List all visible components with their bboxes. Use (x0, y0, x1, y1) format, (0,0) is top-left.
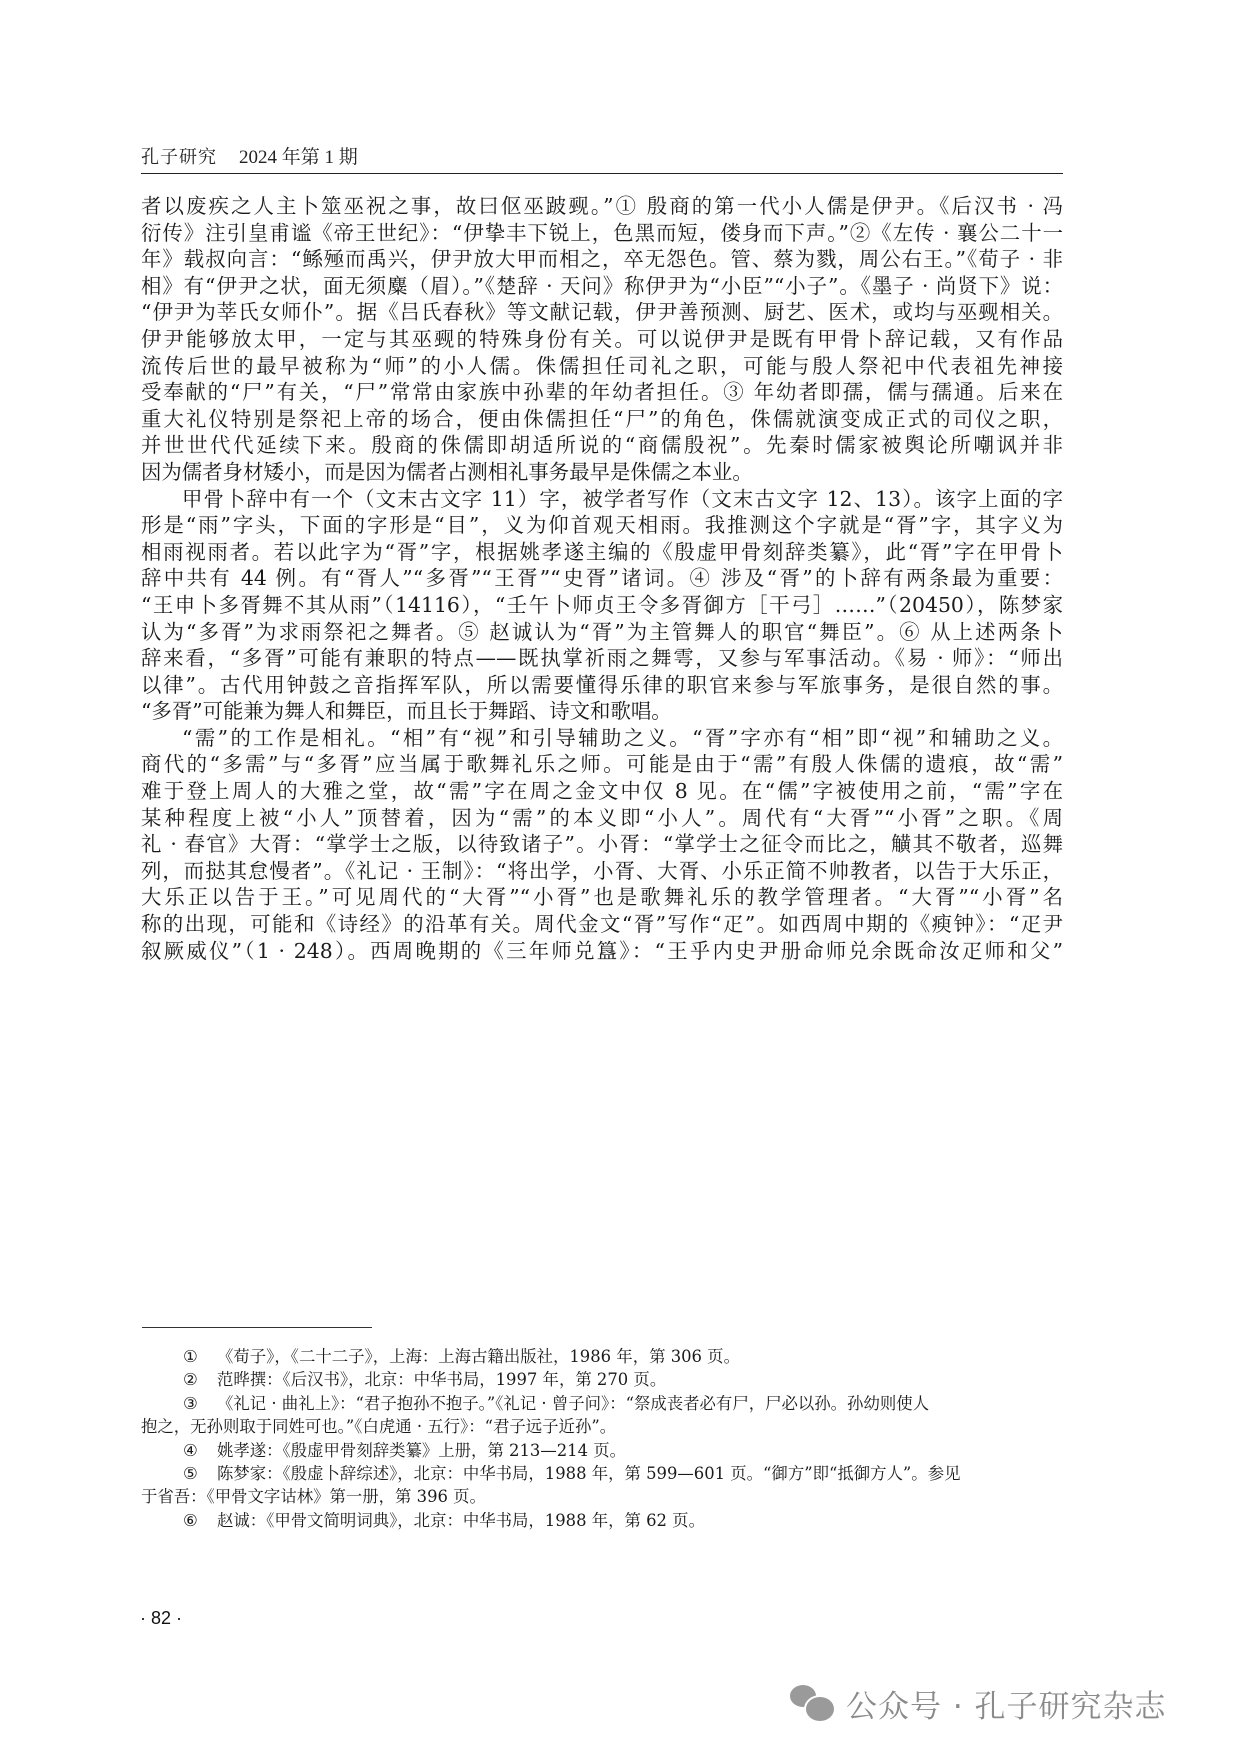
footnote-2: ②范晔撰：《后汉书》，北京：中华书局，1997 年，第 270 页。 (141, 1368, 1063, 1391)
body-line: 流传后世的最早被称为“师”的小人儒。侏儒担任司礼之职，可能与殷人祭祀中代表祖先神… (141, 353, 1063, 380)
footnote-4: ④姚孝遂：《殷虚甲骨刻辞类纂》上册，第 213—214 页。 (141, 1439, 1063, 1462)
footnote-3-continued: 抱之，无孙则取于同姓可也。”《白虎通 · 五行》：“君子远子近孙”。 (141, 1415, 1063, 1438)
body-line: 礼 · 春官》大胥：“掌学士之版，以待致诸子”。小胥：“掌学士之征令而比之，觵其… (141, 831, 1063, 858)
body-line: 叙厥威仪”（1 · 248）。西周晚期的《三年师兑簋》：“王乎内史尹册命师兑余既… (141, 938, 1063, 965)
body-line: “多胥”可能兼为舞人和舞臣，而且长于舞蹈、诗文和歌唱。 (141, 698, 1063, 725)
footnote-marker: ⑥ (183, 1509, 217, 1532)
footnote-text: 《荀子》，《二十二子》，上海：上海古籍出版社，1986 年，第 306 页。 (217, 1347, 740, 1366)
footnote-text: 赵诚：《甲骨文简明词典》，北京：中华书局，1988 年，第 62 页。 (217, 1511, 705, 1530)
footnote-rule (142, 1327, 372, 1328)
footnote-marker: ⑤ (183, 1462, 217, 1485)
journal-title: 孔子研究 (141, 147, 217, 168)
footnote-6: ⑥赵诚：《甲骨文简明词典》，北京：中华书局，1988 年，第 62 页。 (141, 1509, 1063, 1532)
body-line: 称的出现，可能和《诗经》的沿革有关。周代金文“胥”写作“疋”。如西周中期的《瘐钟… (141, 911, 1063, 938)
running-header: 孔子研究2024 年第 1 期 (141, 146, 1063, 172)
footnote-text: 《礼记 · 曲礼上》：“君子抱孙不抱子。”《礼记 · 曾子问》：“祭成丧者必有尸… (217, 1394, 929, 1413)
footnote-marker: ① (183, 1345, 217, 1368)
watermark-text: 公众号 · 孔子研究杂志 (846, 1681, 1167, 1726)
body-line: 辞中共有 44 例。有“胥人”“多胥”“王胥”“史胥”诸词。④ 涉及“胥”的卜辞… (141, 565, 1063, 592)
body-line: 难于登上周人的大雅之堂，故“需”字在周之金文中仅 8 见。在“儒”字被使用之前，… (141, 778, 1063, 805)
body-line: 某种程度上被“小人”顶替着，因为“需”的本义即“小人”。周代有“大胥”“小胥”之… (141, 805, 1063, 832)
body-line: 形是“雨”字头，下面的字形是“目”，义为仰首观天相雨。我推测这个字就是“胥”字，… (141, 512, 1063, 539)
body-line: 受奉献的“尸”有关，“尸”常常由家族中孙辈的年幼者担任。③ 年幼者即孺，儒与孺通… (141, 379, 1063, 406)
issue-label: 2024 年第 1 期 (239, 147, 358, 168)
body-line: 相》有“伊尹之状，面无须麋（眉）。”《楚辞 · 天问》称伊尹为“小臣”“小子”。… (141, 273, 1063, 300)
watermark: 公众号 · 孔子研究杂志 (790, 1680, 1167, 1726)
body-line: 衍传》注引皇甫谧《帝王世纪》：“伊挚丰下锐上，色黑而短，偻身而下声。”②《左传 … (141, 220, 1063, 247)
page-number: · 82 · (140, 1608, 182, 1629)
paragraph-start: “需”的工作是相礼。“相”有“视”和引导辅助之义。“胥”字亦有“相”即“视”和辅… (141, 725, 1063, 752)
body-line: 年》载叔向言：“鲧殛而禹兴，伊尹放大甲而相之，卒无怨色。管、蔡为戮，周公右王。”… (141, 246, 1063, 273)
footnote-1: ①《荀子》，《二十二子》，上海：上海古籍出版社，1986 年，第 306 页。 (141, 1345, 1063, 1368)
body-line: 并世世代代延续下来。殷商的侏儒即胡适所说的“商儒殷祝”。先秦时儒家被舆论所嘲讽并… (141, 432, 1063, 459)
footnote-5-continued: 于省吾：《甲骨文字诂林》第一册，第 396 页。 (141, 1485, 1063, 1508)
body-line: 伊尹能够放太甲，一定与其巫觋的特殊身份有关。可以说伊尹是既有甲骨卜辞记载，又有作… (141, 326, 1063, 353)
footnote-text: 陈梦家：《殷虚卜辞综述》，北京：中华书局，1988 年，第 599—601 页。… (217, 1464, 960, 1483)
body-line: 认为“多胥”为求雨祭祀之舞者。⑤ 赵诚认为“胥”为主管舞人的职官“舞臣”。⑥ 从… (141, 619, 1063, 646)
footnote-marker: ④ (183, 1439, 217, 1462)
wechat-icon (790, 1683, 834, 1723)
paragraph-start: 甲骨卜辞中有一个（文末古文字 11）字，被学者写作（文末古文字 12、13）。该… (141, 486, 1063, 513)
article-body: 者以废疾之人主卜筮巫祝之事，故曰伛巫跛觋。”① 殷商的第一代小人儒是伊尹。《后汉… (141, 193, 1063, 964)
body-line: 辞来看，“多胥”可能有兼职的特点——既执掌祈雨之舞雩，又参与军事活动。《易 · … (141, 645, 1063, 672)
footnotes: ①《荀子》，《二十二子》，上海：上海古籍出版社，1986 年，第 306 页。 … (141, 1345, 1063, 1532)
footnote-marker: ② (183, 1368, 217, 1391)
body-line: 大乐正以告于王。”可见周代的“大胥”“小胥”也是歌舞礼乐的教学管理者。“大胥”“… (141, 884, 1063, 911)
body-line: 者以废疾之人主卜筮巫祝之事，故曰伛巫跛觋。”① 殷商的第一代小人儒是伊尹。《后汉… (141, 193, 1063, 220)
body-line: 列，而挞其怠慢者”。《礼记 · 王制》：“将出学，小胥、大胥、小乐正简不帅教者，… (141, 858, 1063, 885)
body-line: 相雨视雨者。若以此字为“胥”字，根据姚孝遂主编的《殷虚甲骨刻辞类纂》，此“胥”字… (141, 539, 1063, 566)
footnote-5: ⑤陈梦家：《殷虚卜辞综述》，北京：中华书局，1988 年，第 599—601 页… (141, 1462, 1063, 1485)
header-rule (141, 173, 1063, 174)
footnote-3: ③《礼记 · 曲礼上》：“君子抱孙不抱子。”《礼记 · 曾子问》：“祭成丧者必有… (141, 1392, 1063, 1415)
body-line: 商代的“多需”与“多胥”应当属于歌舞礼乐之师。可能是由于“需”有殷人侏儒的遗痕，… (141, 751, 1063, 778)
body-line: “王申卜多胥舞不其从雨”（14116），“壬午卜师贞王令多胥御方［干弓］……”（… (141, 592, 1063, 619)
body-line: 因为儒者身材矮小，而是因为儒者占测相礼事务最早是侏儒之本业。 (141, 459, 1063, 486)
body-line: 以律”。古代用钟鼓之音指挥军队，所以需要懂得乐律的职官来参与军旅事务，是很自然的… (141, 672, 1063, 699)
body-line: 重大礼仪特别是祭祀上帝的场合，便由侏儒担任“尸”的角色，侏儒就演变成正式的司仪之… (141, 406, 1063, 433)
body-line: “伊尹为莘氏女师仆”。据《吕氏春秋》等文献记载，伊尹善预测、厨艺、医术，或均与巫… (141, 299, 1063, 326)
footnote-marker: ③ (183, 1392, 217, 1415)
footnote-text: 姚孝遂：《殷虚甲骨刻辞类纂》上册，第 213—214 页。 (217, 1441, 626, 1460)
footnote-text: 范晔撰：《后汉书》，北京：中华书局，1997 年，第 270 页。 (217, 1370, 666, 1389)
